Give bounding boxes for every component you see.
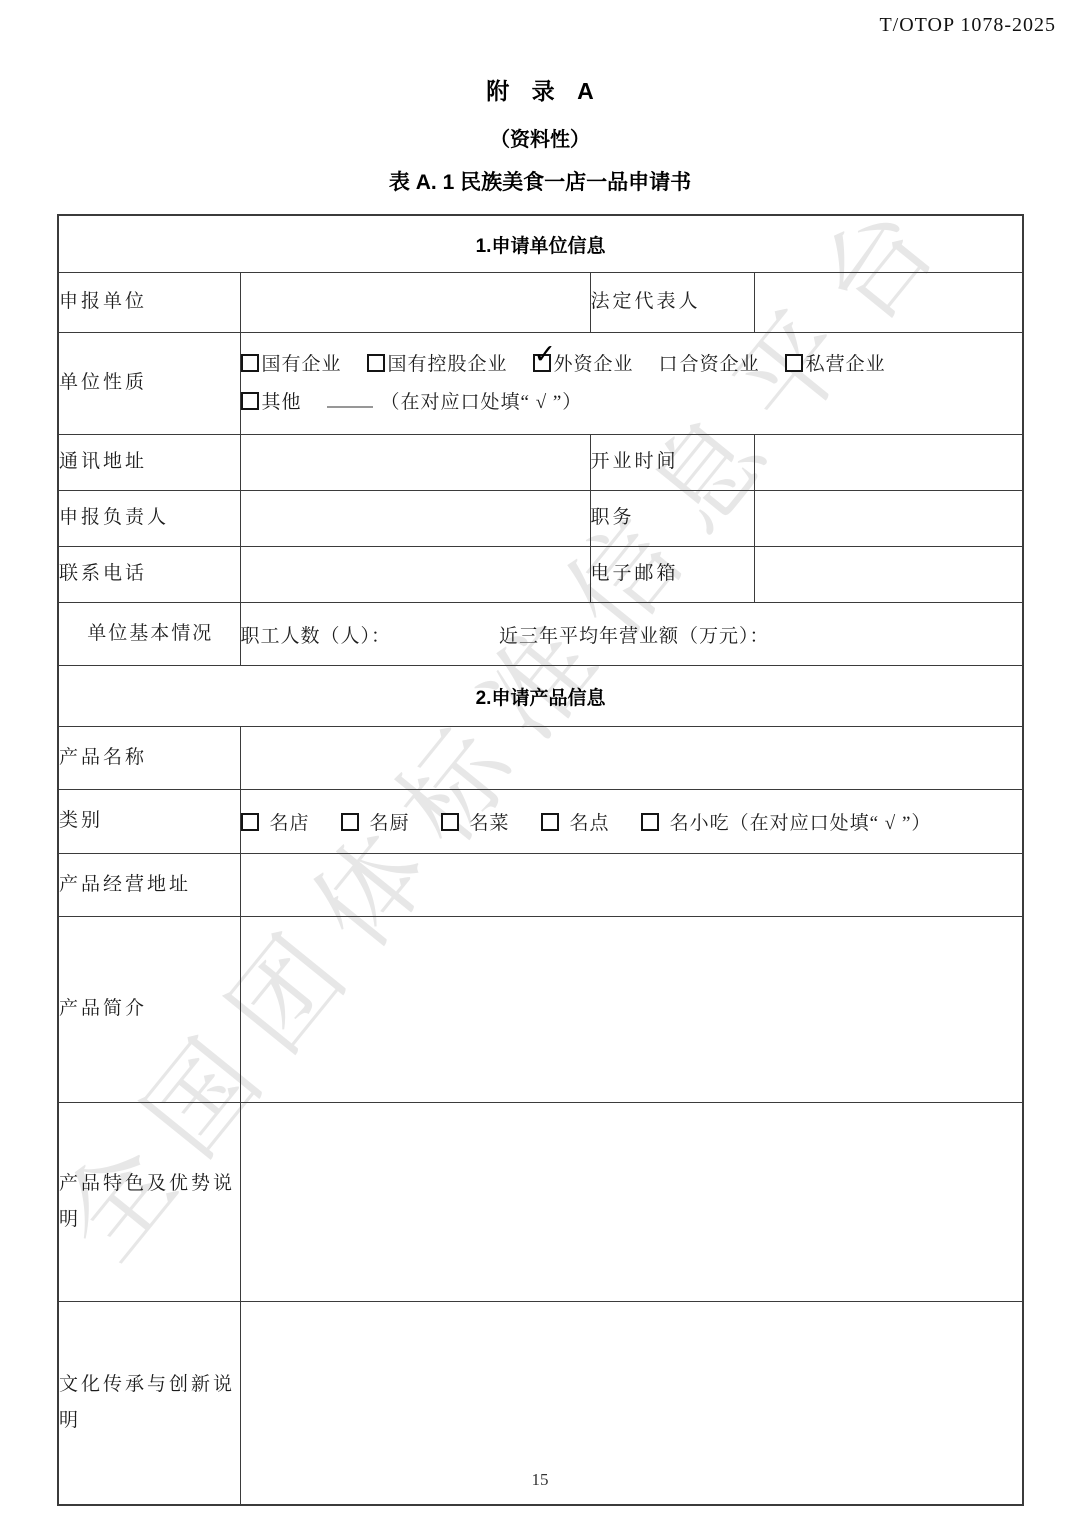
product-address-label: 产品经营地址 (58, 854, 240, 917)
category-row: 类别 名店名厨名菜名点名小吃（在对应口处填“ √ ”） (58, 790, 1023, 854)
checkbox-checked-icon: ✓ (533, 354, 551, 372)
product-name-value-cell (240, 727, 1023, 790)
category-label: 类别 (58, 790, 240, 854)
address-row: 通讯地址 开业时间 (58, 435, 1023, 491)
checkbox-icon (641, 813, 659, 831)
checkbox-option: 国有企业 (241, 354, 342, 375)
checkbox-option: 名小吃（在对应口处填“ √ ”） (641, 813, 932, 834)
position-value-cell (754, 491, 1023, 547)
opening-time-value-cell (754, 435, 1023, 491)
page-number: 15 (0, 1470, 1080, 1490)
checkbox-option: 名菜 (441, 813, 510, 834)
product-name-label: 产品名称 (58, 727, 240, 790)
checkbox-option: 名店 (241, 813, 310, 834)
checkbox-icon (241, 354, 259, 372)
checkbox-option: 国有控股企业 (367, 354, 508, 375)
checkbox-icon (541, 813, 559, 831)
legal-rep-value-cell (754, 273, 1023, 333)
checkbox-icon (441, 813, 459, 831)
product-intro-value-cell (240, 917, 1023, 1103)
section2-header-row: 2.申请产品信息 (58, 666, 1023, 727)
table-caption: 表 A. 1 民族美食一店一品申请书 (0, 166, 1080, 196)
unit-basic-row: 单位基本情况 职工人数（人）：近三年平均年营业额（万元）： (58, 603, 1023, 666)
checkbox-option: 口合资企业 (659, 354, 760, 375)
product-name-row: 产品名称 (58, 727, 1023, 790)
phone-label: 联系电话 (58, 547, 240, 603)
unit-basic-label: 单位基本情况 (58, 603, 240, 666)
checkbox-icon (367, 354, 385, 372)
declare-unit-value-cell (240, 273, 590, 333)
opening-time-label: 开业时间 (590, 435, 754, 491)
product-feature-value-cell (240, 1103, 1023, 1302)
unit-nature-label: 单位性质 (58, 333, 240, 435)
section1-header: 1.申请单位信息 (58, 215, 1023, 273)
checkbox-option: 名厨 (341, 813, 410, 834)
address-label: 通讯地址 (58, 435, 240, 491)
informative-subtitle: （资料性） (0, 123, 1080, 152)
standard-number: T/OTOP 1078-2025 (0, 0, 1080, 37)
product-feature-row: 产品特色及优势说明 (58, 1103, 1023, 1302)
unit-nature-options-line1: 国有企业国有控股企业✓外资企业口合资企业私营企业 (241, 346, 1023, 384)
principal-row: 申报负责人 职务 (58, 491, 1023, 547)
document-page: 全国团体标准信息平台 T/OTOP 1078-2025 附 录 A （资料性） … (0, 0, 1080, 1530)
checkbox-option: 私营企业 (785, 354, 886, 375)
fill-in-blank-line (327, 391, 373, 408)
appendix-title: 附 录 A (0, 73, 1080, 106)
section1-header-row: 1.申请单位信息 (58, 215, 1023, 273)
checkbox-option-checked: ✓外资企业 (533, 354, 634, 375)
unit-nature-row: 单位性质 国有企业国有控股企业✓外资企业口合资企业私营企业 其他（在对应口处填“… (58, 333, 1023, 435)
checkbox-icon (241, 392, 259, 410)
unit-nature-options-cell: 国有企业国有控股企业✓外资企业口合资企业私营企业 其他（在对应口处填“ √ ”） (240, 333, 1023, 435)
product-address-value-cell (240, 854, 1023, 917)
checkbox-note: （在对应口处填“ √ ”） (730, 813, 932, 834)
staff-count-field: 职工人数（人）： (241, 626, 392, 647)
position-label: 职务 (590, 491, 754, 547)
checkbox-icon (341, 813, 359, 831)
checkbox-icon (785, 354, 803, 372)
checkmark-icon: ✓ (534, 341, 558, 368)
email-label: 电子邮箱 (590, 547, 754, 603)
application-form-table: 1.申请单位信息 申报单位 法定代表人 单位性质 国有企业国有控股企业✓外资企业… (57, 214, 1024, 1506)
declare-unit-label: 申报单位 (58, 273, 240, 333)
category-options-cell: 名店名厨名菜名点名小吃（在对应口处填“ √ ”） (240, 790, 1023, 854)
address-value-cell (240, 435, 590, 491)
checkbox-option: 名点 (541, 813, 610, 834)
phone-row: 联系电话 电子邮箱 (58, 547, 1023, 603)
unit-nature-options-line2: 其他（在对应口处填“ √ ”） (241, 384, 1023, 422)
legal-rep-label: 法定代表人 (590, 273, 754, 333)
principal-value-cell (240, 491, 590, 547)
box-character: 口 (659, 354, 679, 375)
product-feature-label: 产品特色及优势说明 (58, 1103, 240, 1302)
declare-unit-row: 申报单位 法定代表人 (58, 273, 1023, 333)
product-address-row: 产品经营地址 (58, 854, 1023, 917)
checkbox-icon (241, 813, 259, 831)
principal-label: 申报负责人 (58, 491, 240, 547)
product-intro-label: 产品简介 (58, 917, 240, 1103)
section2-header: 2.申请产品信息 (58, 666, 1023, 727)
unit-basic-fields-cell: 职工人数（人）：近三年平均年营业额（万元）： (240, 603, 1023, 666)
checkbox-option-other: 其他 (241, 392, 302, 413)
email-value-cell (754, 547, 1023, 603)
product-intro-row: 产品简介 (58, 917, 1023, 1103)
revenue-field: 近三年平均年营业额（万元）： (499, 626, 770, 647)
checkbox-note: （在对应口处填“ √ ”） (381, 392, 583, 413)
phone-value-cell (240, 547, 590, 603)
